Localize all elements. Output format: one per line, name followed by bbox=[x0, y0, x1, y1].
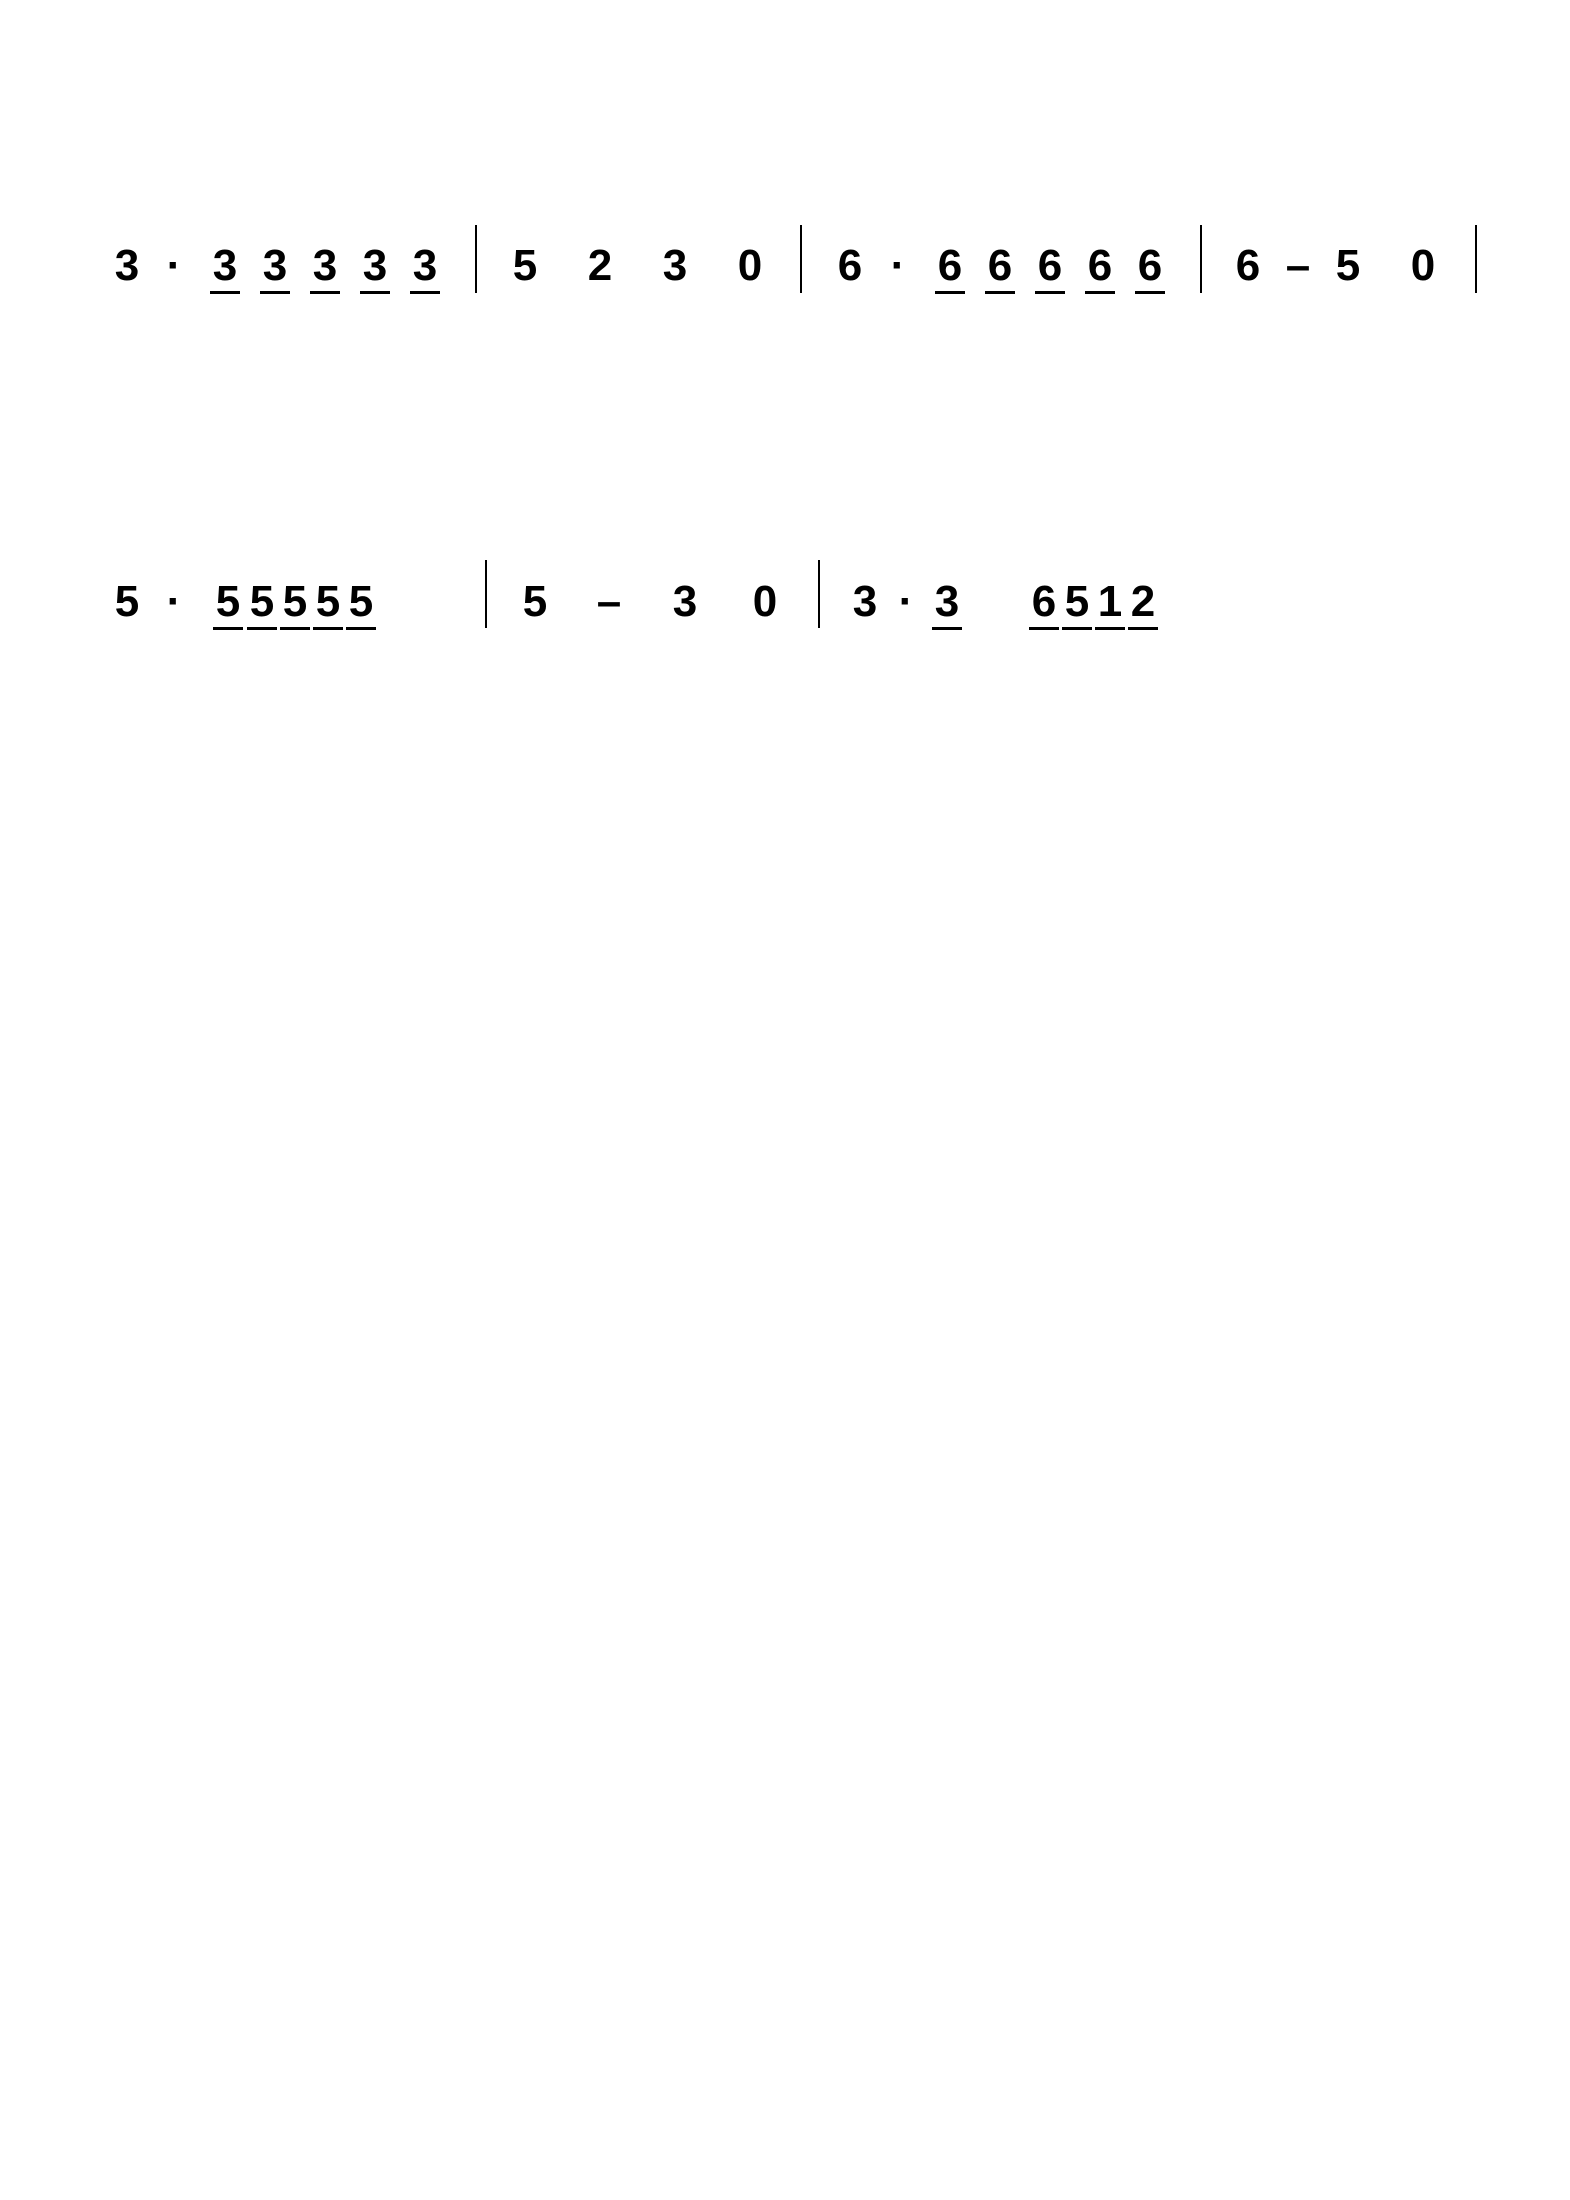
note: 3 bbox=[310, 244, 340, 294]
note: 3 bbox=[360, 244, 390, 294]
note: 5 bbox=[520, 580, 550, 624]
barline bbox=[475, 225, 477, 293]
note: 6 bbox=[935, 244, 965, 294]
barline bbox=[800, 225, 802, 293]
note: 2 bbox=[585, 244, 615, 288]
dash-sustain: – bbox=[594, 580, 624, 624]
barline bbox=[1200, 225, 1202, 293]
note: 3 bbox=[210, 244, 240, 294]
note: 3 bbox=[260, 244, 290, 294]
note: 6 bbox=[1085, 244, 1115, 294]
dot-duration: · bbox=[159, 244, 189, 288]
note: 3 bbox=[932, 580, 962, 630]
note: 5 bbox=[112, 580, 142, 624]
note: 3 bbox=[670, 580, 700, 624]
barline bbox=[818, 560, 820, 628]
note: 6 bbox=[1135, 244, 1165, 294]
note: 1 bbox=[1095, 580, 1125, 630]
dot-duration: · bbox=[883, 244, 913, 288]
note: 5 bbox=[510, 244, 540, 288]
note: 5 bbox=[247, 580, 277, 630]
note: 0 bbox=[735, 244, 765, 288]
note: 2 bbox=[1128, 580, 1158, 630]
note: 5 bbox=[1062, 580, 1092, 630]
note: 3 bbox=[112, 244, 142, 288]
note: 5 bbox=[1333, 244, 1363, 288]
dot-duration: · bbox=[891, 580, 921, 624]
barline bbox=[1475, 225, 1477, 293]
barline bbox=[485, 560, 487, 628]
note: 5 bbox=[213, 580, 243, 630]
note: 6 bbox=[1029, 580, 1059, 630]
note: 3 bbox=[410, 244, 440, 294]
note: 5 bbox=[346, 580, 376, 630]
note: 0 bbox=[1408, 244, 1438, 288]
note: 0 bbox=[750, 580, 780, 624]
note: 3 bbox=[660, 244, 690, 288]
dot-duration: · bbox=[159, 580, 189, 624]
note: 3 bbox=[850, 580, 880, 624]
note: 5 bbox=[313, 580, 343, 630]
note: 6 bbox=[1035, 244, 1065, 294]
note: 6 bbox=[1233, 244, 1263, 288]
note: 6 bbox=[835, 244, 865, 288]
dash-sustain: – bbox=[1283, 244, 1313, 288]
key-signature bbox=[22, 112, 44, 203]
note: 6 bbox=[985, 244, 1015, 294]
note: 5 bbox=[280, 580, 310, 630]
